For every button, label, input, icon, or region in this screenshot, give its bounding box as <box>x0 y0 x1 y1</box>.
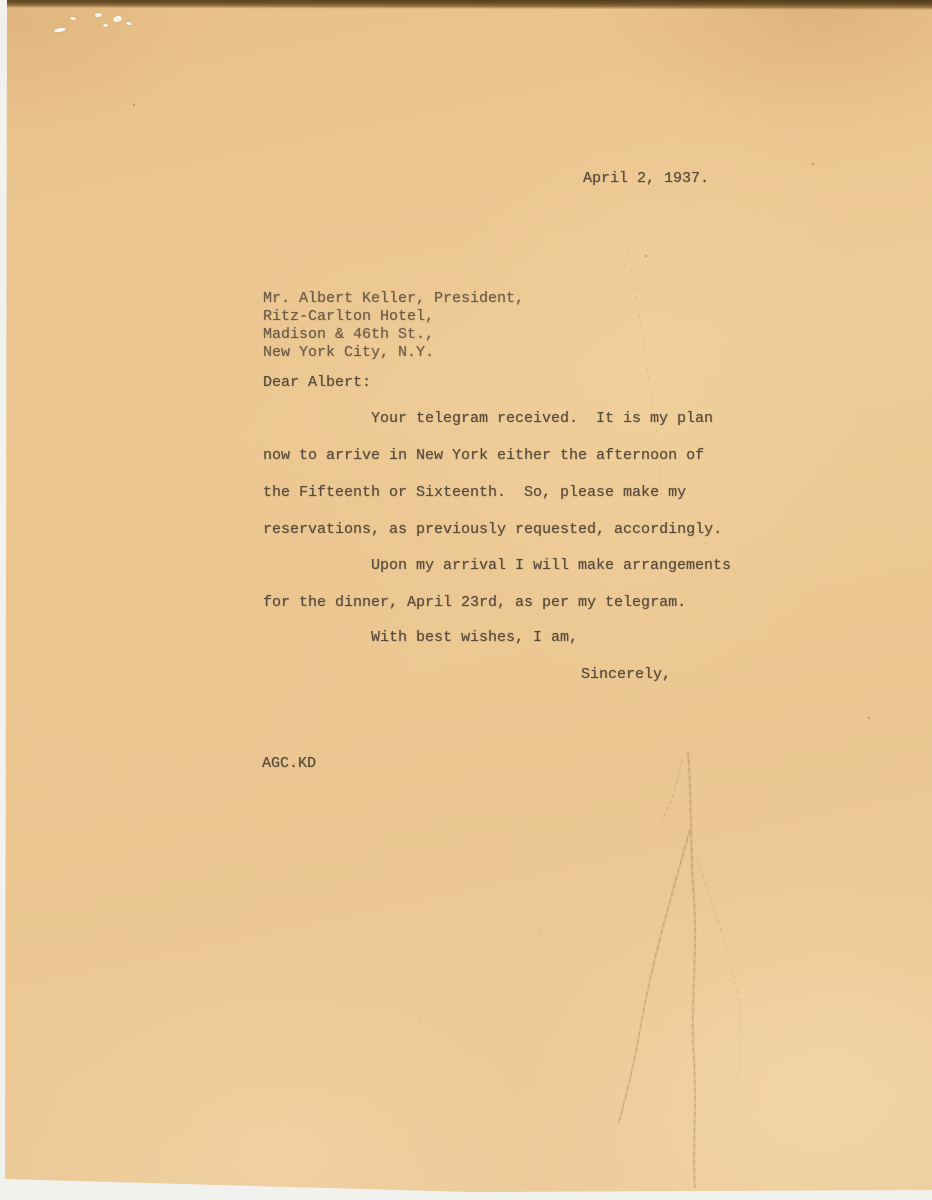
body-line-6: for the dinner, April 23rd, as per my te… <box>263 594 686 612</box>
typist-initials: AGC.KD <box>262 755 316 773</box>
recipient-line-2: Ritz-Carlton Hotel, <box>263 308 434 326</box>
paper-crease-lines <box>0 0 932 1200</box>
letter-paper: April 2, 1937. Mr. Albert Keller, Presid… <box>0 0 932 1200</box>
recipient-line-4: New York City, N.Y. <box>263 344 434 362</box>
body-line-3: the Fifteenth or Sixteenth. So, please m… <box>263 484 686 502</box>
body-line-4: reservations, as previously requested, a… <box>263 521 722 539</box>
body-line-7: With best wishes, I am, <box>371 629 578 647</box>
recipient-line-1: Mr. Albert Keller, President, <box>263 290 524 308</box>
letter-date: April 2, 1937. <box>583 170 709 188</box>
salutation: Dear Albert: <box>263 374 371 392</box>
body-line-5: Upon my arrival I will make arrangements <box>371 557 731 575</box>
body-line-2: now to arrive in New York either the aft… <box>263 447 704 465</box>
recipient-line-3: Madison & 46th St., <box>263 326 434 344</box>
signoff: Sincerely, <box>581 666 671 684</box>
body-line-1: Your telegram received. It is my plan <box>371 410 713 428</box>
scanned-letter-page: April 2, 1937. Mr. Albert Keller, Presid… <box>0 0 932 1200</box>
paper-top-edge-shadow <box>0 0 932 10</box>
